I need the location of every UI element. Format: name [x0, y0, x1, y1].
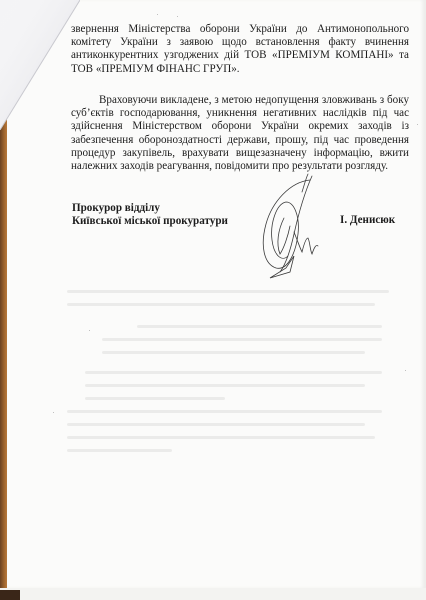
- paragraph-2: Враховуючи викладене, з метою недопущенн…: [71, 94, 409, 173]
- signatory-title: Прокурор відділу Київської міської проку…: [72, 202, 228, 228]
- signatory-title-line-1: Прокурор відділу: [72, 202, 228, 215]
- scanned-document: звернення Міністерства оборони України д…: [0, 0, 426, 600]
- bottom-left-shadow: [0, 590, 20, 600]
- signatory-name: І. Денисюк: [340, 214, 395, 226]
- bottom-edge: [0, 588, 426, 600]
- signatory-title-line-2: Київської міської прокуратури: [72, 215, 228, 228]
- paragraph-1: звернення Міністерства оборони України д…: [71, 23, 409, 76]
- paragraph-2-text: Враховуючи викладене, з метою недопущенн…: [71, 94, 409, 173]
- paper-page: [7, 0, 426, 588]
- handwritten-signature-icon: [250, 172, 340, 280]
- bleed-through-text: [67, 290, 417, 490]
- paragraph-1-text: звернення Міністерства оборони України д…: [71, 23, 409, 76]
